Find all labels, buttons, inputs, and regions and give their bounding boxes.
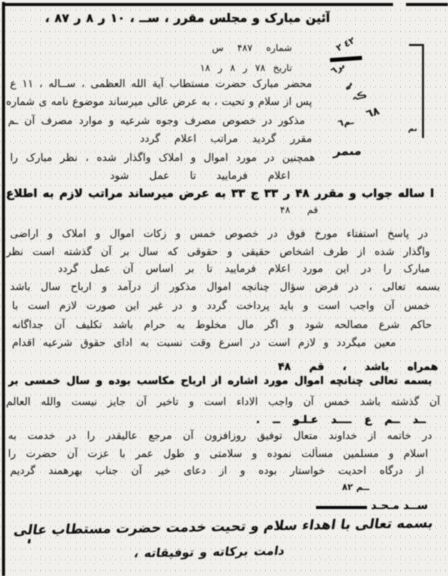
page-border-top-right-segment bbox=[406, 3, 448, 6]
body-line: آن گذشته باشد خمس آن واجب الاداء است و ت… bbox=[6, 395, 440, 411]
scanned-letter-page: ىم ٤٢ ٢ ٮڔ٦ ٮے ڪہ ٦٨ ـم٦ مىمر آئین مبارک… bbox=[0, 0, 448, 576]
body-line: واگذار شده از طرف اشخاص حقیقی و حقوقی که… bbox=[6, 245, 430, 261]
section-heading-line: ا ساله جواب و مقرر ۴۸ ر ۳۳ ج ۳۳ به عرض م… bbox=[6, 186, 434, 202]
body-line: همچنین در مورد اموال و املاک واگذار شده … bbox=[10, 151, 315, 167]
body-line: معین میگردد و لازم است در اسرع وقت نسبت … bbox=[12, 336, 396, 352]
stamp-box-right-line bbox=[422, 44, 424, 138]
handwritten-scribble: ٤٢ ٢ bbox=[335, 36, 357, 54]
signature-row: ســد مـحـد bbox=[316, 499, 428, 512]
handwritten-scribble: ڪہ bbox=[351, 91, 368, 104]
body-line: ــد ــم ع ــــد عـلـو ــ . bbox=[256, 413, 426, 429]
signature-rule bbox=[316, 506, 367, 509]
scan-content: ىم ٤٢ ٢ ٮڔ٦ ٮے ڪہ ٦٨ ـم٦ مىمر آئین مبارک… bbox=[0, 0, 448, 576]
body-line: مذکور در خصوص مصرف وجوه شرعیه و موارد مص… bbox=[8, 114, 305, 130]
page-border-top bbox=[3, 3, 393, 6]
stamp-box-top-tick bbox=[409, 44, 424, 46]
body-line: بسمه تعالی ، در فرض سؤال چنانچه اموال مذ… bbox=[10, 280, 440, 296]
body-line: پس از سلام و تحیت ، به عرض عالی میرساند … bbox=[6, 95, 312, 111]
body-line: محضر مبارک حضرت مستطاب آیة الله العظمی ،… bbox=[10, 77, 312, 93]
signature-note: ــم ۸۲ bbox=[342, 483, 369, 493]
page-border-left bbox=[2, 2, 5, 576]
stamp-box-mark: ىم bbox=[408, 124, 417, 133]
document-title: آئین مبارک و مجلس مقرر ، ســ ، ۱۰ ر ۸ ر … bbox=[45, 11, 330, 28]
body-line: از درگاه احدیت خواستار بوده و از دعای خی… bbox=[10, 464, 424, 480]
body-line: اعلام فرمایید تا عمل شود bbox=[110, 169, 290, 185]
body-line: مبارک را در این مورد اعلام فرمایید تا بر… bbox=[58, 262, 430, 278]
scribble-dash bbox=[330, 56, 362, 62]
body-line: خمس آن واجب است و باید پرداخت گردد و در … bbox=[12, 299, 430, 315]
body-line: در پاسخ استفتاء مورخ فوق در خصوص خمس و ز… bbox=[10, 227, 428, 243]
body-line: اسلام و مسلمین مسألت نموده و سلامتی و طو… bbox=[8, 447, 428, 463]
handwritten-initials: مىمر bbox=[333, 144, 363, 158]
meta-number-line: شماره ۴۸۷ س bbox=[212, 41, 292, 57]
handwritten-closing-line: بسمه تعالی با اهداء سلام و تحیت خدمت حضر… bbox=[12, 516, 434, 543]
handwritten-closing-line: دامت برکاته و توفیقاته ، ۸ bbox=[132, 544, 285, 565]
body-line: بسمه تعالی چنانچه اموال مورد اشاره از ار… bbox=[8, 374, 432, 390]
body-line: مقرر گردید مراتب اعلام گردد bbox=[140, 132, 312, 148]
handwritten-scribble: ٮڔ٦ bbox=[329, 61, 347, 77]
signature-name: ســد مـحـد bbox=[371, 499, 428, 512]
handwritten-scribble: ـم٦ bbox=[337, 117, 354, 130]
body-line: در خاتمه از خداوند متعال توفیق روزافزون … bbox=[8, 429, 432, 445]
handwritten-scribble: ٦٨ bbox=[364, 104, 381, 121]
body-line: حاکم شرع مصالحه شود و اگر مال مخلوط به ح… bbox=[12, 318, 432, 334]
body-line: قم ۴۸ bbox=[280, 203, 318, 219]
meta-date-line: تاریخ ۷۸ ر ۸ ر ۱۸ bbox=[200, 61, 292, 77]
handwritten-scribble: ٮے bbox=[342, 79, 354, 92]
